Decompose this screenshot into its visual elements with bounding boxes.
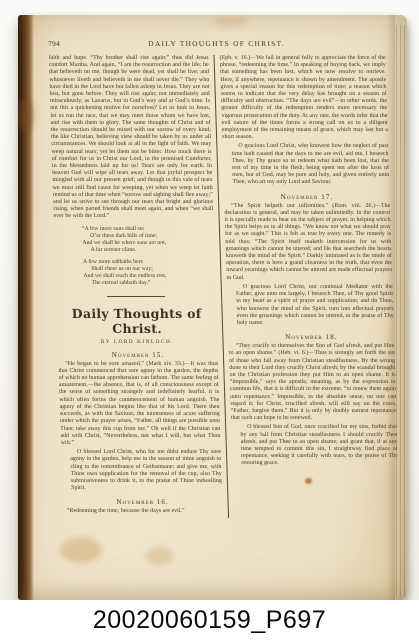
- left-column: faith and hope. “Thy brother shall rise …: [49, 55, 224, 518]
- date-heading: November 15.: [58, 351, 218, 359]
- date-heading: November 17.: [224, 193, 390, 201]
- section-title: Daily Thoughts of Christ.: [56, 306, 217, 336]
- entry-prayer: O blessed Lord Christ, who for me didst …: [70, 449, 222, 492]
- poem-line: “A few more suns shall set: [82, 226, 214, 233]
- page-fold-shadow: [386, 15, 395, 600]
- entry-body: “Redeeming the time, because the days ar…: [63, 508, 223, 515]
- text-columns: faith and hope. “Thy brother shall rise …: [49, 55, 401, 518]
- photo-background: 794 DAILY THOUGHTS OF CHRIST. faith and …: [0, 0, 419, 602]
- age-stain: [214, 17, 248, 26]
- entry-body: “The Spirit helpeth our infirmities.” (R…: [224, 203, 392, 282]
- poem-line: O’er these dark hills of time;: [90, 233, 214, 240]
- date-heading: November 16.: [62, 498, 222, 506]
- entry-body: “They crucify to themselves the Son of G…: [229, 343, 397, 422]
- page-edge-stack: [395, 25, 407, 597]
- archive-label: 20020060159_P697: [93, 606, 326, 635]
- entry-prayer: O blessed Son of God, once crucified for…: [240, 424, 398, 467]
- devotional-entry-nov17: November 17. “The Spirit helpeth our inf…: [224, 193, 394, 327]
- devotional-entry-nov16-continued: (Eph. v. 16.)—We fail in general fully t…: [220, 55, 390, 187]
- footer-strip: 20020060159_P697: [0, 600, 419, 640]
- date-heading: November 18.: [228, 333, 394, 341]
- poem-line: Shall cheer us on our way;: [91, 266, 215, 273]
- entry-body: “He began to be sore amazed.” (Mark xiv.…: [58, 361, 221, 447]
- page-header: 794 DAILY THOUGHTS OF CHRIST.: [48, 39, 385, 48]
- poem-line: And we shall be where suns are not,: [82, 240, 214, 247]
- poem-line: A few more sabbaths here: [83, 259, 215, 266]
- author-byline: BY LORD KINLOCH.: [57, 339, 217, 345]
- devotional-entry-nov15: November 15. “He began to be sore amazed…: [58, 351, 222, 493]
- book-page-scan: 794 DAILY THOUGHTS OF CHRIST. faith and …: [18, 15, 407, 600]
- book-spine-edge: [18, 15, 34, 600]
- continuation-paragraph: faith and hope. “Thy brother shall rise …: [49, 55, 214, 221]
- poem-line: And we shall reach the endless rest,: [83, 273, 215, 280]
- page-content: 794 DAILY THOUGHTS OF CHRIST. faith and …: [48, 39, 402, 594]
- poem-line: The eternal sabbath day.”: [92, 280, 216, 287]
- entry-body: (Eph. v. 16.)—We fail in general fully t…: [220, 55, 389, 141]
- entry-prayer: O gracious Lord Christ, who knowest how …: [231, 143, 389, 186]
- hymn-verse: “A few more suns shall set O’er these da…: [82, 226, 216, 287]
- section-divider-rule: [107, 296, 165, 297]
- running-title: DAILY THOUGHTS OF CHRIST.: [90, 39, 343, 48]
- poem-line: A far serener clime.: [91, 247, 215, 254]
- devotional-entry-nov16: November 16. “Redeeming the time, becaus…: [62, 498, 223, 515]
- devotional-entry-nov18: November 18. “They crucify to themselves…: [228, 333, 398, 467]
- page-number: 794: [48, 40, 90, 48]
- entry-prayer: O gracious Lord Christ, our continual Me…: [236, 284, 394, 327]
- right-column: (Eph. v. 16.)—We fail in general fully t…: [220, 55, 401, 518]
